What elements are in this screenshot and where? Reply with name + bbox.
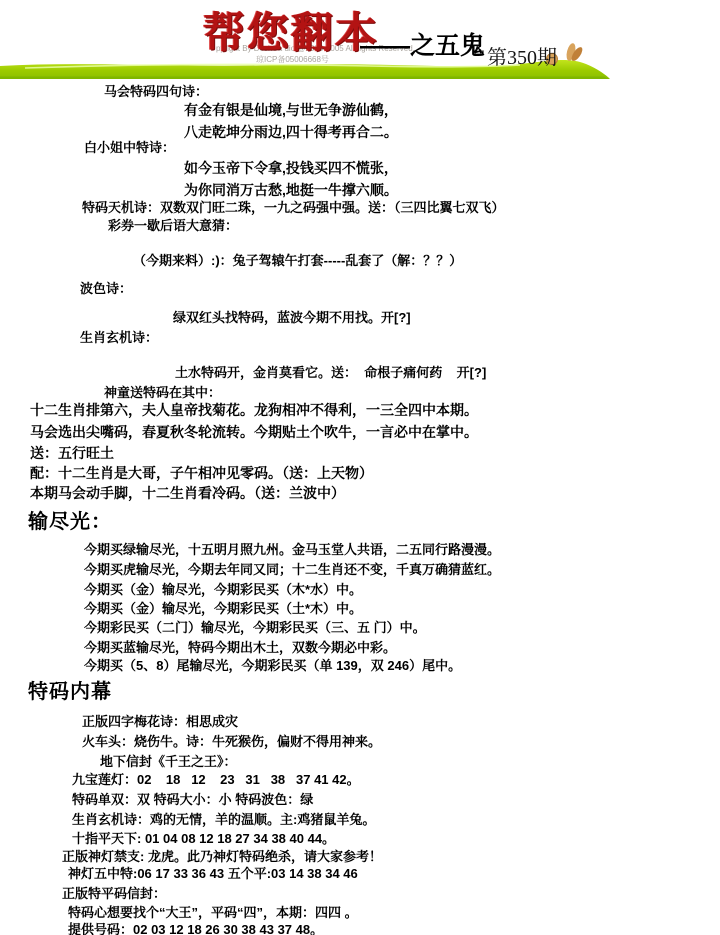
text-line: 马会选出尖嘴码，春夏秋冬轮流转。今期贴土个吹牛，一言必中在掌中。 [30,425,478,440]
section-heading: 特码内幕 [28,681,112,703]
text-line: 今期买绿输尽光，十五明月照九州。金马玉堂人共语，二五同行路漫漫。 [84,542,500,557]
text-line: 八走乾坤分雨边,四十得考再合二。 [184,125,398,140]
text-line: 神灯五中特:06 17 33 36 43 五个平:03 14 38 34 46 [68,866,358,881]
text-line: 彩券一歇后语大意猜： [108,218,238,233]
text-line: 为你同消万古愁,地挺一牛撑六顺。 [184,183,398,198]
text-line: 特码天机诗：双数双门旺二珠，一九之码强中强。送：（三四比翼七双飞） [82,200,505,215]
text-line: 绿双红头找特码，蓝波今期不用找。开[?] [173,310,411,325]
site-subtitle: ——之五鬼 [360,26,485,62]
text-line: （今期来料）:)：兔子驾辕午打套-----乱套了（解：？？） [133,253,462,268]
text-line: 十二生肖排第六，夫人皇帝找菊花。龙狗相冲不得利，一三全四中本期。 [30,403,478,418]
text-line: 今期买蓝输尽光，特码今期出木土，双数今期必中彩。 [84,640,396,655]
banner-band-shadow [0,77,609,80]
text-line: 有金有银是仙境,与世无争游仙鹤， [184,103,398,118]
text-line: 生肖玄机诗：鸡的无情，羊的温顺。主:鸡猪鼠羊兔。 [72,812,375,827]
text-line: 正版神灯禁支: 龙虎。此乃神灯特码绝杀，请大家参考！ [62,849,382,864]
issue-number: 第350期 [487,41,557,70]
text-line: 送：五行旺土 [30,446,114,461]
text-line: 白小姐中特诗： [84,140,175,155]
text-line: 地下信封《千王之王》： [100,754,237,769]
text-line: 今期彩民买（二门）输尽光，今期彩民买（三、五 门）中。 [84,620,426,635]
text-line: 今期买（金）输尽光，今期彩民买（土*木）中。 [84,601,362,616]
text-line: 提供号码：02 03 12 18 26 30 38 43 37 48。 [68,922,323,935]
text-line: 特码心想要找个“大王”，平码“四”，本期：四四 。 [68,905,358,920]
text-line: 火车头：烧伤牛。诗：牛死猴伤，偏财不得用神来。 [82,734,381,749]
site-title: 帮您翻本 [203,0,379,60]
tips-content: 马会特码四句诗：有金有银是仙境,与世无争游仙鹤，八走乾坤分雨边,四十得考再合二。… [0,0,720,935]
text-line: 如今玉帝下令拿,投钱买四不慌张， [184,161,398,176]
text-line: 正版四字梅花诗：相思成灾 [82,714,238,729]
text-line: 土水特码开，金肖莫看它。送： 命根子痛何药 开[?] [175,365,486,380]
text-line: 今期买虎输尽光，今期去年同又同；十二生肖还不变，千真万确猜蓝红。 [84,562,500,577]
text-line: 正版特平码信封： [62,886,166,901]
text-line: 特码单双：双 特码大小：小 特码波色：绿 [72,792,313,807]
text-line: 十指平天下: 01 04 08 12 18 27 34 38 40 44。 [72,831,335,846]
text-line: 马会特码四句诗： [104,84,208,99]
text-line: 配：十二生肖是大哥，子午相冲见零码。（送：上天物） [30,466,373,481]
leaf-ornament [565,42,584,62]
text-line: 今期买（金）输尽光，今期彩民买（木*水）中。 [84,582,362,597]
text-line: 本期马会动手脚，十二生肖看冷码。（送：兰波中） [30,486,345,501]
text-line: 今期买（5、8）尾输尽光，今期彩民买（单 139，双 246）尾中。 [84,658,461,673]
text-line: 生肖玄机诗： [80,330,158,345]
text-line: 波色诗： [80,281,132,296]
text-line: 九宝莲灯：02 18 12 23 31 38 37 41 42。 [72,772,360,787]
section-heading: 输尽光： [28,511,112,533]
text-line: 神童送特码在其中： [104,385,221,400]
